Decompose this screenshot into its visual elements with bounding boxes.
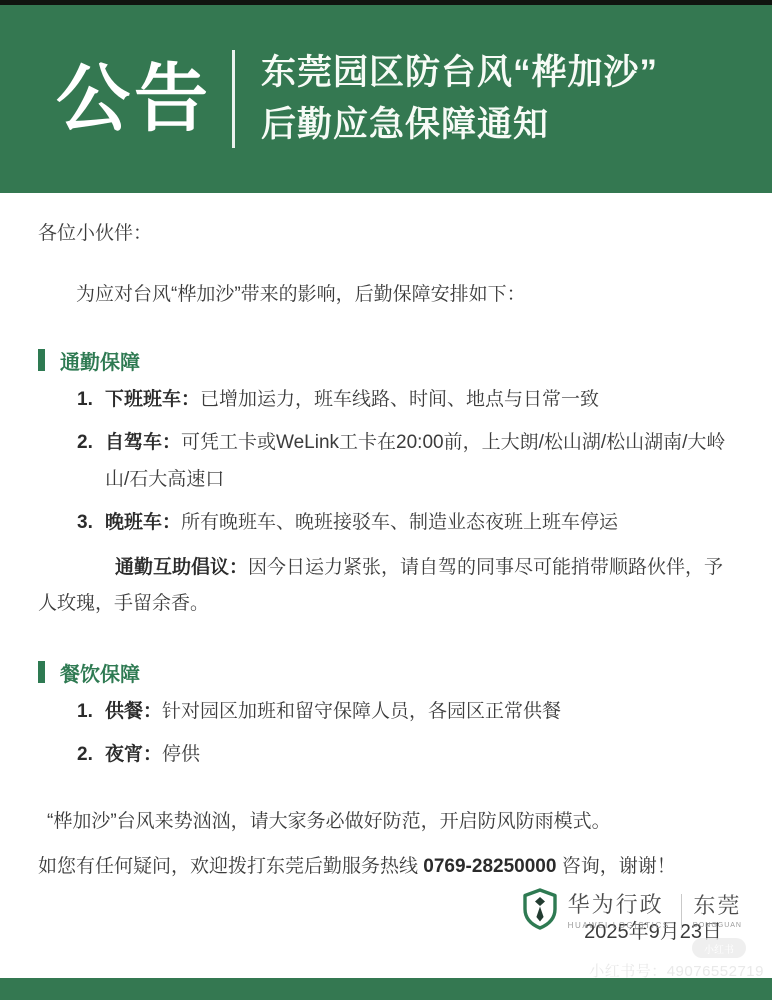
announcement-badge: 公告 [56, 62, 212, 136]
item-number: 3. [77, 505, 105, 541]
list-item: 2. 夜宵：停供 [38, 737, 736, 773]
hotline-prefix: 如您有任何疑问，欢迎拨打东莞后勤服务热线 [38, 856, 423, 877]
item-text: 夜宵：停供 [105, 737, 736, 773]
item-label: 供餐： [105, 701, 162, 722]
section-title: 通勤保障 [60, 346, 140, 375]
item-body: 停供 [162, 744, 200, 765]
closing-hotline: 如您有任何疑问，欢迎拨打东莞后勤服务热线 0769-28250000 咨询，谢谢… [38, 849, 736, 885]
logo-cn-name: 华为行政 [568, 893, 664, 917]
closing-warning: “桦加沙”台风来势汹汹，请大家务必做好防范，开启防风防雨模式。 [38, 804, 736, 840]
list-item: 1. 下班班车：已增加运力，班车线路、时间、地点与日常一致 [38, 382, 736, 418]
item-text: 供餐：针对园区加班和留守保障人员，各园区正常供餐 [105, 694, 736, 730]
logo-en-name: HUAWEI LOGISTICS [568, 921, 670, 930]
section-title: 餐饮保障 [60, 658, 140, 687]
item-number: 1. [77, 382, 105, 418]
commute-list: 1. 下班班车：已增加运力，班车线路、时间、地点与日常一致 2. 自驾车：可凭工… [38, 382, 736, 542]
header-divider [232, 50, 235, 148]
list-item: 2. 自驾车：可凭工卡或WeLink工卡在20:00前，上大朗/松山湖/松山湖南… [38, 425, 736, 498]
section-head-commute: 通勤保障 [38, 346, 736, 375]
item-label: 晚班车： [105, 512, 181, 533]
hotline-number: 0769-28250000 [423, 856, 556, 877]
item-body: 已增加运力，班车线路、时间、地点与日常一致 [200, 389, 599, 410]
carpool-note: 通勤互助倡议：因今日运力紧张，请自驾的同事尽可能捎带顺路伙伴，予人玫瑰，手留余香… [38, 550, 736, 623]
logo-city-en: DONGGUAN [693, 922, 742, 929]
list-item: 1. 供餐：针对园区加班和留守保障人员，各园区正常供餐 [38, 694, 736, 730]
item-body: 可凭工卡或WeLink工卡在20:00前，上大朗/松山湖/松山湖南/大岭山/石大… [105, 432, 725, 489]
huawei-logistics-logo: 华为行政 HUAWEI LOGISTICS 东莞 DONGGUAN [521, 888, 742, 935]
intro-paragraph: 为应对台风“桦加沙”带来的影响，后勤保障安排如下： [38, 280, 736, 310]
xiaohongshu-badge: 小红书 [692, 938, 746, 958]
item-body: 所有晚班车、晚班接驳车、制造业态夜班上班车停运 [181, 512, 618, 533]
item-number: 2. [77, 425, 105, 498]
hotline-suffix: 咨询，谢谢！ [556, 856, 675, 877]
notice-header: 公告 东莞园区防台风“桦加沙” 后勤应急保障通知 [0, 5, 772, 193]
notice-title-line2: 后勤应急保障通知 [261, 99, 658, 152]
catering-list: 1. 供餐：针对园区加班和留守保障人员，各园区正常供餐 2. 夜宵：停供 [38, 694, 736, 774]
notice-poster: 公告 东莞园区防台风“桦加沙” 后勤应急保障通知 各位小伙伴： 为应对台风“桦加… [0, 0, 772, 1000]
logo-divider [681, 894, 682, 930]
notice-title: 东莞园区防台风“桦加沙” 后勤应急保障通知 [261, 47, 658, 152]
notice-title-line1: 东莞园区防台风“桦加沙” [261, 47, 658, 100]
item-label: 夜宵： [105, 744, 162, 765]
item-label: 自驾车： [105, 432, 181, 453]
logo-name-block: 华为行政 HUAWEI LOGISTICS [568, 893, 670, 929]
item-text: 晚班车：所有晚班车、晚班接驳车、制造业态夜班上班车停运 [105, 505, 736, 541]
section-bar-icon [38, 661, 45, 683]
bottom-green-strip [0, 978, 772, 1000]
item-label: 下班班车： [105, 389, 200, 410]
notice-body: 各位小伙伴： 为应对台风“桦加沙”带来的影响，后勤保障安排如下： 通勤保障 1.… [0, 193, 772, 944]
shield-tie-icon [521, 888, 559, 935]
note-label: 通勤互助倡议： [115, 557, 248, 578]
logo-city-block: 东莞 DONGGUAN [693, 894, 742, 928]
item-number: 2. [77, 737, 105, 773]
section-bar-icon [38, 349, 45, 371]
logo-city-cn: 东莞 [693, 894, 741, 918]
item-number: 1. [77, 694, 105, 730]
greeting: 各位小伙伴： [38, 219, 736, 249]
item-body: 针对园区加班和留守保障人员，各园区正常供餐 [162, 701, 561, 722]
item-text: 下班班车：已增加运力，班车线路、时间、地点与日常一致 [105, 382, 736, 418]
list-item: 3. 晚班车：所有晚班车、晚班接驳车、制造业态夜班上班车停运 [38, 505, 736, 541]
section-head-catering: 餐饮保障 [38, 658, 736, 687]
item-text: 自驾车：可凭工卡或WeLink工卡在20:00前，上大朗/松山湖/松山湖南/大岭… [105, 425, 736, 498]
